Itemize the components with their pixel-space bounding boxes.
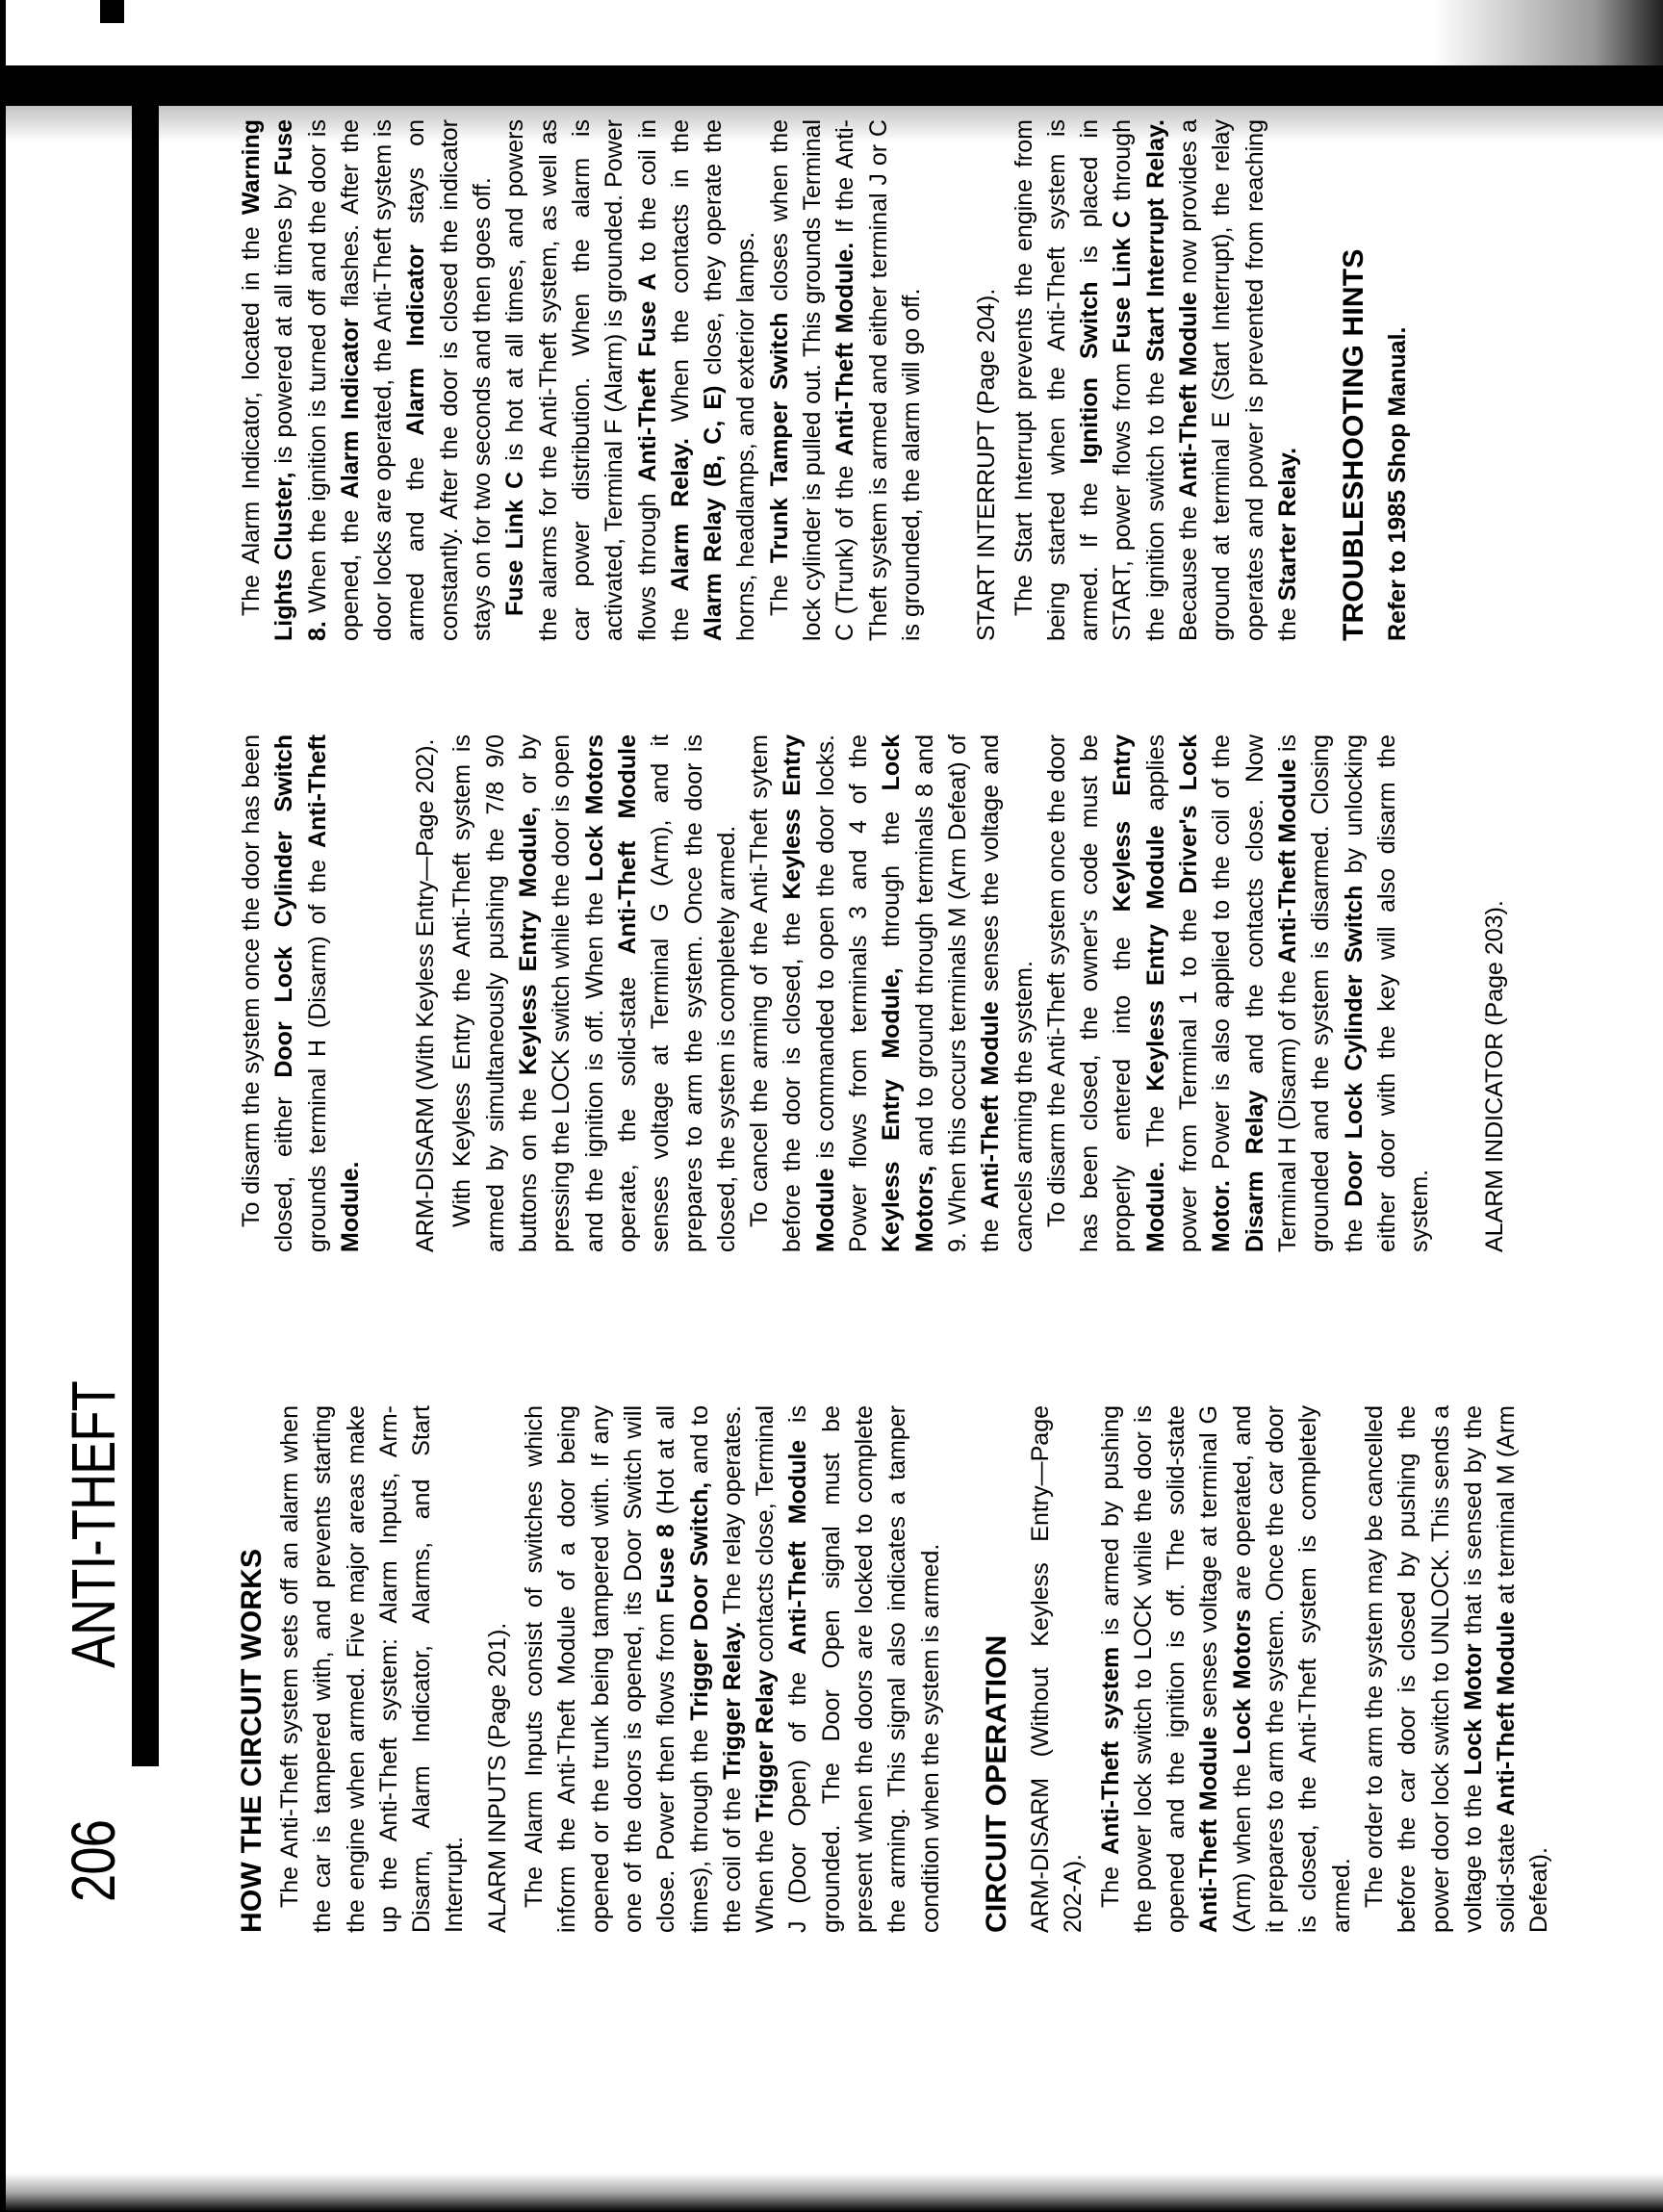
bold-term: Anti-Theft Module	[1175, 292, 1202, 498]
page-title: ANTI-THEFT	[60, 1381, 127, 1668]
bold-term: Trigger Door Switch,	[686, 1482, 713, 1721]
paragraph: The Alarm Indicator, located in the Warn…	[235, 119, 499, 641]
column-1: HOW THE CIRCUIT WORKSThe Anti-Theft syst…	[235, 1405, 1659, 1933]
bold-term: Fuse Link C	[1109, 211, 1136, 353]
text-run: The Alarm Indicator, located in the	[238, 215, 265, 616]
paragraph: The order to arm the system may be cance…	[1358, 1405, 1556, 1933]
bold-term: Alarm Indicator	[337, 318, 364, 499]
bold-term: Alarm Relay.	[667, 438, 694, 591]
bold-term: Anti-Theft Module	[977, 1001, 1004, 1209]
paragraph: Fuse Link C is hot at all times, and pow…	[499, 119, 762, 641]
paragraph: The Anti-Theft system is armed by pushin…	[1094, 1405, 1358, 1933]
paragraph: The Start Interrupt prevents the engine …	[1008, 119, 1305, 641]
paragraph: The Anti-Theft system sets off an alarm …	[273, 1405, 472, 1933]
bold-term: Lock Motors	[1229, 1609, 1256, 1755]
section-heading: HOW THE CIRCUIT WORKS	[235, 1405, 269, 1933]
bold-term: Disarm Relay	[1241, 1091, 1268, 1252]
spacer	[928, 119, 960, 641]
bold-term: Trigger Relay	[752, 1669, 779, 1822]
bold-term: Anti-Theft Fuse A	[634, 273, 661, 482]
bold-term: Anti-Theft Module	[1274, 759, 1301, 964]
bold-term: Anti-Theft Module	[784, 1440, 811, 1655]
text-run: grounds terminal H (Disarm) of the	[304, 848, 331, 1252]
bold-term: Starter Relay.	[1274, 448, 1301, 601]
text-run: Because the	[1175, 498, 1202, 641]
column-2: To disarm the system once the door has b…	[235, 734, 1659, 1252]
text-run: When the contacts in the	[667, 119, 694, 438]
bold-term: Anti-Theft Module.	[831, 243, 858, 456]
column-3: The Alarm Indicator, located in the Warn…	[235, 119, 1659, 641]
text-run: The	[766, 563, 793, 616]
bold-term: Trunk Tamper Switch	[766, 313, 793, 564]
bold-term: Alarm Indicator	[402, 244, 429, 435]
bold-term: Keyless Entry Module,	[878, 967, 905, 1252]
bold-term: Lock Motors	[581, 734, 608, 882]
paragraph: With Keyless Entry the Anti-Theft system…	[446, 734, 743, 1252]
bold-term: Door Lock Cylinder Switch	[1341, 886, 1368, 1207]
text-run: The Anti-Theft system sets off an alarm …	[276, 1405, 468, 1933]
bold-term: Ignition Switch	[1076, 281, 1103, 464]
bold-term: Trigger Relay.	[719, 1622, 746, 1780]
bold-term: Lock Motor	[1460, 1643, 1487, 1775]
paragraph: To disarm the Anti-Theft system once the…	[1040, 734, 1437, 1252]
bold-term: Fuse 8	[652, 1524, 679, 1603]
bold-term: Anti-Theft Module	[1195, 1727, 1222, 1933]
text-run: through the	[878, 790, 905, 967]
subsection-heading: ARM-DISARM (Without Keyless Entry—Page 2…	[1024, 1405, 1090, 1933]
bold-term: Anti-Theft Module	[614, 734, 641, 955]
section-heading: TROUBLESHOOTING HINTS	[1337, 119, 1371, 641]
text-run: operate, the solid-state	[614, 955, 641, 1252]
subsection-heading: ALARM INDICATOR (Page 203).	[1478, 734, 1511, 1252]
text-run: The	[1142, 1092, 1169, 1162]
bold-term: Anti-Theft Module	[1493, 1611, 1520, 1816]
bold-term: Keyless Entry Module	[1142, 825, 1169, 1091]
spacer	[1304, 119, 1337, 641]
spacer	[1436, 734, 1469, 1252]
section-heading: CIRCUIT OPERATION	[980, 1405, 1014, 1933]
text-run: Power is also applied to the coil of the	[1208, 734, 1235, 1180]
subsection-heading: ALARM INPUTS (Page 201).	[481, 1405, 514, 1933]
rotated-page: 206 ANTI-THEFT HOW THE CIRCUIT WORKSThe …	[0, 0, 1663, 2212]
page-number: 206	[60, 1820, 127, 1902]
subsection-heading: START INTERRUPT (Page 204).	[970, 119, 1003, 641]
text-run: senses voltage at Terminal G (Arm), and …	[647, 734, 740, 1252]
bold-term: Fuse Link C	[501, 472, 528, 616]
bold-term: Anti-Theft system	[1097, 1647, 1124, 1855]
bold-term: Alarm Relay (B, C, E)	[700, 386, 727, 641]
bold-term: Keyless Entry Module,	[515, 807, 542, 1075]
paragraph: The Alarm Inputs consist of switches whi…	[518, 1405, 947, 1933]
paragraph: To disarm the system once the door has b…	[235, 734, 367, 1252]
bold-term: Door Lock Cylinder Switch	[270, 734, 297, 1078]
subsection-heading: ARM-DISARM (With Keyless Entry—Page 202)…	[409, 734, 442, 1252]
spacer	[367, 734, 399, 1252]
bold-term: Start Interrupt Relay.	[1142, 119, 1169, 362]
text-run: is powered at all times by	[270, 175, 297, 472]
paragraph: The Trunk Tamper Switch closes when the …	[763, 119, 928, 641]
reference-note: Refer to 1985 Shop Manual.	[1381, 119, 1414, 641]
binding-edge	[0, 65, 1663, 106]
spacer	[947, 1405, 980, 1933]
header-rule	[132, 67, 159, 1766]
text-run: The	[1097, 1855, 1124, 1908]
paragraph: To cancel the arming of the Anti-Theft s…	[743, 734, 1040, 1252]
